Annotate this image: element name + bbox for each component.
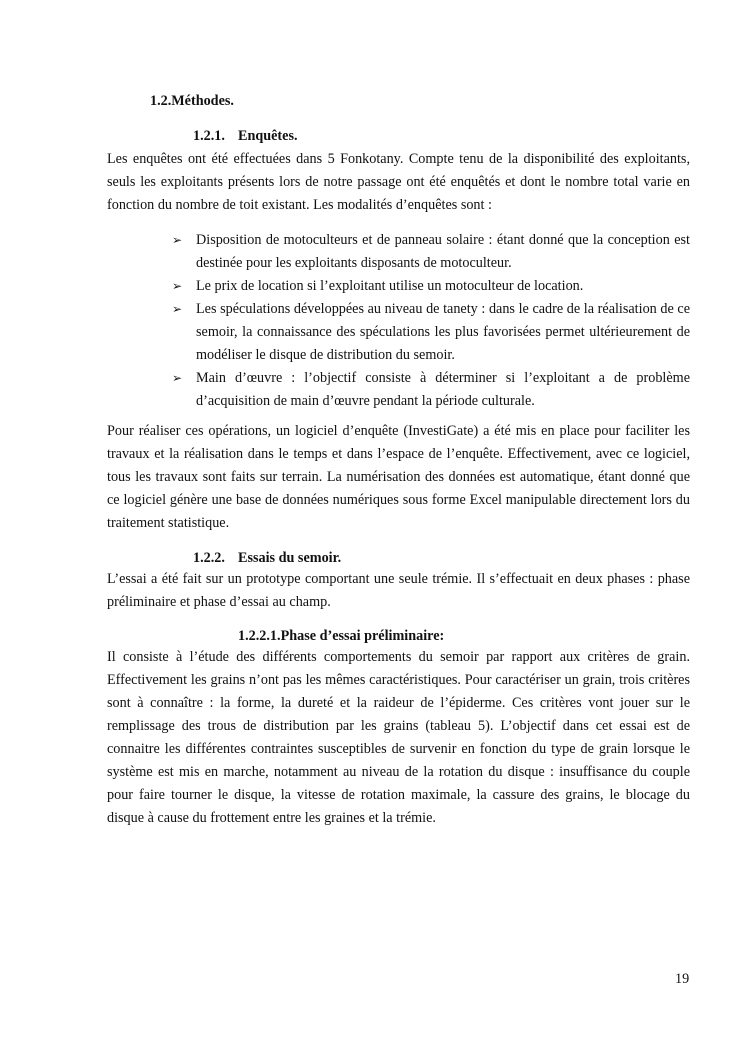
bullet-list-modalites: ➢Disposition de motoculteurs et de panne… <box>172 229 690 413</box>
heading-title: Enquêtes. <box>238 128 298 144</box>
heading-phase-preliminaire: 1.2.2.1.Phase d’essai préliminaire: <box>238 628 444 645</box>
heading-title: Essais du semoir. <box>238 550 341 566</box>
paragraph-phase-preliminaire: Il consiste à l’étude des différents com… <box>107 646 690 830</box>
heading-essais: 1.2.2.Essais du semoir. <box>193 550 341 567</box>
arrow-bullet-icon: ➢ <box>172 298 182 321</box>
list-item: ➢Le prix de location si l’exploitant uti… <box>172 275 690 298</box>
heading-methodes: 1.2.Méthodes. <box>150 93 234 110</box>
paragraph-logiciel: Pour réaliser ces opérations, un logicie… <box>107 420 690 535</box>
arrow-bullet-icon: ➢ <box>172 367 182 390</box>
heading-enquetes: 1.2.1.Enquêtes. <box>193 128 298 145</box>
paragraph-essais: L’essai a été fait sur un prototype comp… <box>107 568 690 614</box>
heading-number: 1.2.1. <box>193 128 238 145</box>
heading-number: 1.2.2. <box>193 550 238 567</box>
document-page: 1.2.Méthodes. 1.2.1.Enquêtes. Les enquêt… <box>0 0 745 1053</box>
page-number: 19 <box>675 971 689 988</box>
list-item: ➢Disposition de motoculteurs et de panne… <box>172 229 690 275</box>
paragraph-enquetes-intro: Les enquêtes ont été effectuées dans 5 F… <box>107 148 690 217</box>
arrow-bullet-icon: ➢ <box>172 229 182 252</box>
list-item: ➢Main d’œuvre : l’objectif consiste à dé… <box>172 367 690 413</box>
list-item: ➢Les spéculations développées au niveau … <box>172 298 690 367</box>
arrow-bullet-icon: ➢ <box>172 275 182 298</box>
